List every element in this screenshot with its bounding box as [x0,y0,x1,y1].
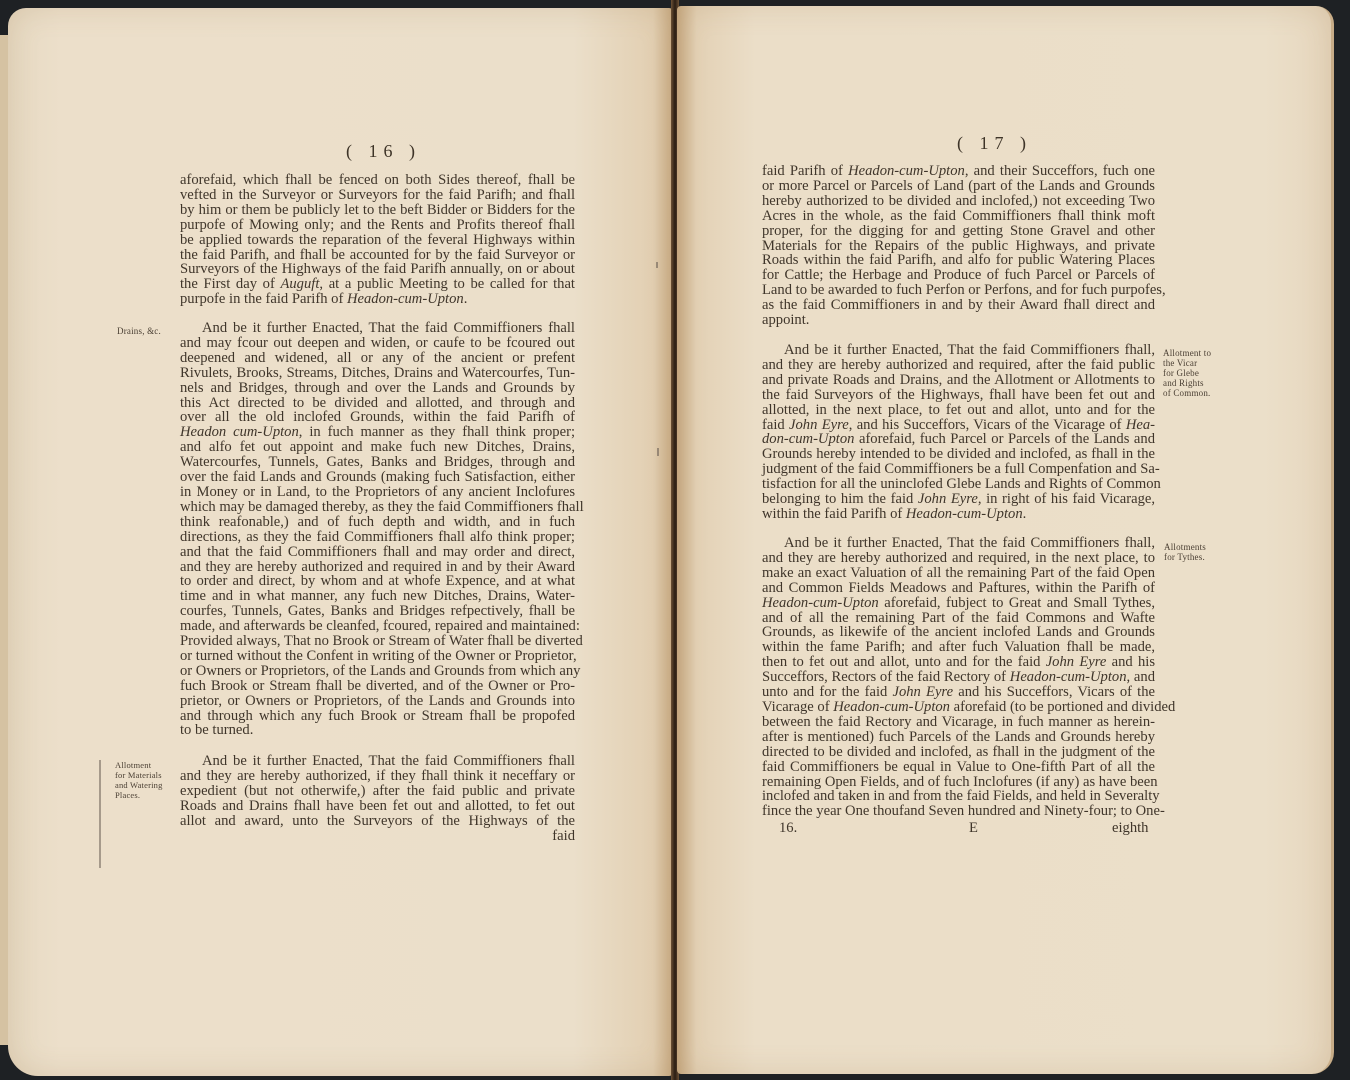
text-line: after is mentioned) fuch Parcels of the … [762,730,1155,745]
text-line: And be it further Enacted, That the faid… [762,536,1155,551]
text-line: unto and for the faid John Eyre and his … [762,685,1155,700]
sidenote-line: Allotment to [1163,348,1211,358]
text-line: which may be damaged thereby, as they th… [180,500,575,515]
sidenote-line: Allotment [115,760,163,770]
text-line: this Act directed to be divided and allo… [180,396,575,411]
text-line: Succeffors, Rectors of the faid Rectory … [762,670,1155,685]
text-line: to be turned. [180,723,575,738]
sidenote-line: the Vicar [1163,358,1211,368]
text-line: Roads and Drains fhall have been fet out… [180,799,575,814]
paragraph-lines: And be it further Enacted, That the faid… [762,536,1155,819]
signature-number: 16. [779,820,797,837]
text-line: directed to be divided and inclofed, as … [762,745,1155,760]
text-line: and alfo fet out appoint and make fuch n… [180,440,575,455]
sidenote-line: for Tythes. [1164,552,1206,562]
text-line: or turned without the Confent in writing… [180,649,575,664]
text-line: and Common Fields Meadows and Paftures, … [762,581,1155,596]
text-line: and may fcour out deepen and widen, or c… [180,336,575,351]
text-line: remaining Open Fields, and of fuch Inclo… [762,775,1155,790]
sidenote-line: Places. [115,790,163,800]
catchword: eighth [1112,820,1148,837]
text-line: purpofe in the faid Parifh of Headon-cum… [180,292,575,307]
text-line: don-cum-Upton aforefaid, fuch Parcel or … [762,432,1155,447]
text-line: and they are hereby authorized and requi… [180,560,575,575]
text-line: the faid Surveyors of the Highways, fhal… [762,388,1155,403]
sidenote-line: Allotments [1164,542,1206,552]
text-line: courfes, Tunnels, Gates, Banks and Bridg… [180,604,575,619]
text-line: over the faid Lands and Grounds (making … [180,470,575,485]
text-line: allot and award, unto the Surveyors of t… [180,814,575,829]
text-line: between the faid Rectory and Vicarage, i… [762,715,1155,730]
margin-pencil-mark [99,760,101,868]
right-paragraph-2: And be it further Enacted, That the faid… [762,343,1155,522]
text-line: Watercourfes, Tunnels, Gates, Banks and … [180,455,575,470]
text-line: Surveyors of the Highways of the faid Pa… [180,262,575,277]
sidenote-allotment-vicar: Allotment tothe Vicarfor Glebeand Rights… [1163,348,1211,398]
text-line: and they are hereby authorized, if they … [180,769,575,784]
text-line: Roads within the faid Parifh, and alfo f… [762,253,1155,268]
text-line: directions, as they the faid Commiffione… [180,530,575,545]
text-line: within the faid Parifh of Headon-cum-Upt… [762,507,1155,522]
text-line: fuch Brook or Stream fhall be diverted, … [180,679,575,694]
text-line: Grounds hereby intended to be divided an… [762,447,1155,462]
text-line: Acres in the whole, as the faid Commiffi… [762,209,1155,224]
text-line: and private Roads and Drains, and the Al… [762,373,1155,388]
text-line: belonging to him the faid John Eyre, in … [762,492,1155,507]
left-page-folio: ( 16 ) [346,141,421,162]
left-paragraph-1: aforefaid, which fhall be fenced on both… [180,173,575,307]
sidenote-line: for Materials [115,770,163,780]
text-line: allotted, in the next place, to fet out … [762,403,1155,418]
left-paragraph-2: And be it further Enacted, That the faid… [180,321,575,738]
text-line: Rivulets, Brooks, Streams, Ditches, Drai… [180,366,575,381]
paragraph-lines: aforefaid, which fhall be fenced on both… [180,173,575,307]
sidenote-line: and Rights [1163,378,1211,388]
sidenote-line: for Glebe [1163,368,1211,378]
sidenote-line: Drains, &c. [117,326,161,336]
paragraph-lines: faid Parifh of Headon-cum-Upton, and the… [762,164,1155,328]
text-line: Headon cum-Upton, in fuch manner as they… [180,425,575,440]
right-page-folio: ( 17 ) [957,133,1032,154]
margin-tick [657,448,659,456]
sidenote-line: and Watering [115,780,163,790]
text-line: over all the old inclofed Grounds, withi… [180,410,575,425]
text-line: Grounds, as likewife of the ancient incl… [762,625,1155,640]
left-paragraph-3: And be it further Enacted, That the faid… [180,754,575,843]
text-line: and that the faid Commiffioners fhall an… [180,545,575,560]
text-line: deepened and widened, all or any of the … [180,351,575,366]
text-line: the First day of Auguft, at a public Mee… [180,277,575,292]
sidenote-line: of Common. [1163,388,1211,398]
text-line: And be it further Enacted, That the faid… [180,754,575,769]
text-line: made, and afterwards be cleanfed, fcoure… [180,619,575,634]
sidenote-allotments-tythes: Allotmentsfor Tythes. [1164,542,1206,562]
text-line: tisfaction for all the uninclofed Glebe … [762,477,1155,492]
text-line: think reafonable,) and of fuch depth and… [180,515,575,530]
paragraph-lines: And be it further Enacted, That the faid… [180,754,575,843]
text-line: proper, for the digging for and getting … [762,224,1155,239]
text-line: and they are hereby authorized and requi… [762,551,1155,566]
text-line: aforefaid, which fhall be fenced on both… [180,173,575,188]
text-line: vefted in the Surveyor or Surveyors for … [180,188,575,203]
text-line: or Owners or Proprietors, of the Lands a… [180,664,575,679]
text-line: and they are hereby authorized and requi… [762,358,1155,373]
text-line: time and in what manner, any fuch new Di… [180,589,575,604]
text-line: Materials for the Repairs of the public … [762,239,1155,254]
signature-letter: E [969,820,978,837]
text-line: fince the year One thoufand Seven hundre… [762,804,1155,819]
text-line: faid John Eyre, and his Succeffors, Vica… [762,418,1155,433]
text-line: hereby authorized to be divided and incl… [762,194,1155,209]
text-line: Vicarage of Headon-cum-Upton aforefaid (… [762,700,1155,715]
right-paragraph-3: And be it further Enacted, That the faid… [762,536,1155,819]
text-line: and through which any fuch Brook or Stre… [180,709,575,724]
paragraph-lines: And be it further Enacted, That the faid… [762,343,1155,522]
text-line: make an exact Valuation of all the remai… [762,566,1155,581]
margin-tick [656,262,658,268]
text-line: nels and Bridges, through and over the L… [180,381,575,396]
text-line: faid Commiffioners be equal in Value to … [762,760,1155,775]
text-line: judgment of the faid Commiffioners be a … [762,462,1155,477]
text-line: or more Parcel or Parcels of Land (part … [762,179,1155,194]
text-line: be applied towards the reparation of the… [180,233,575,248]
text-line: in Money or in Land, to the Proprietors … [180,485,575,500]
text-line: and of all the remaining Part of the fai… [762,611,1155,626]
text-line: as the faid Commiffioners in and by thei… [762,298,1155,313]
text-line: prietor, or Owners or Proprietors, of th… [180,694,575,709]
text-line: And be it further Enacted, That the faid… [762,343,1155,358]
book-spread: ( 16 ) aforefaid, which fhall be fenced … [0,0,1350,1080]
sidenote-allotment-materials: Allotmentfor Materialsand WateringPlaces… [115,760,163,800]
text-line: purpofe of Mowing only; and the Rents an… [180,218,575,233]
text-line: for Cattle; the Herbage and Produce of f… [762,268,1155,283]
text-line: to order and direct, by whom and at whof… [180,574,575,589]
text-line: the faid Parifh, and fhall be accounted … [180,248,575,263]
text-line: appoint. [762,313,1155,328]
text-line: And be it further Enacted, That the faid… [180,321,575,336]
text-line: expedient (but not otherwife,) after the… [180,784,575,799]
text-line: within the fame Parifh; and after fuch V… [762,640,1155,655]
text-line: then to fet out and allot, unto and for … [762,655,1155,670]
text-line: Provided always, That no Brook or Stream… [180,634,575,649]
sidenote-drains: Drains, &c. [117,326,161,336]
paragraph-lines: And be it further Enacted, That the faid… [180,321,575,738]
text-line: Land to be awarded to fuch Perfon or Per… [762,283,1155,298]
text-line: inclofed and taken in and from the faid … [762,789,1155,804]
text-line: Headon-cum-Upton aforefaid, fubject to G… [762,596,1155,611]
right-paragraph-1: faid Parifh of Headon-cum-Upton, and the… [762,164,1155,328]
text-line: by him or them be publicly let to the be… [180,203,575,218]
text-line: faid Parifh of Headon-cum-Upton, and the… [762,164,1155,179]
text-line: faid [180,829,575,844]
